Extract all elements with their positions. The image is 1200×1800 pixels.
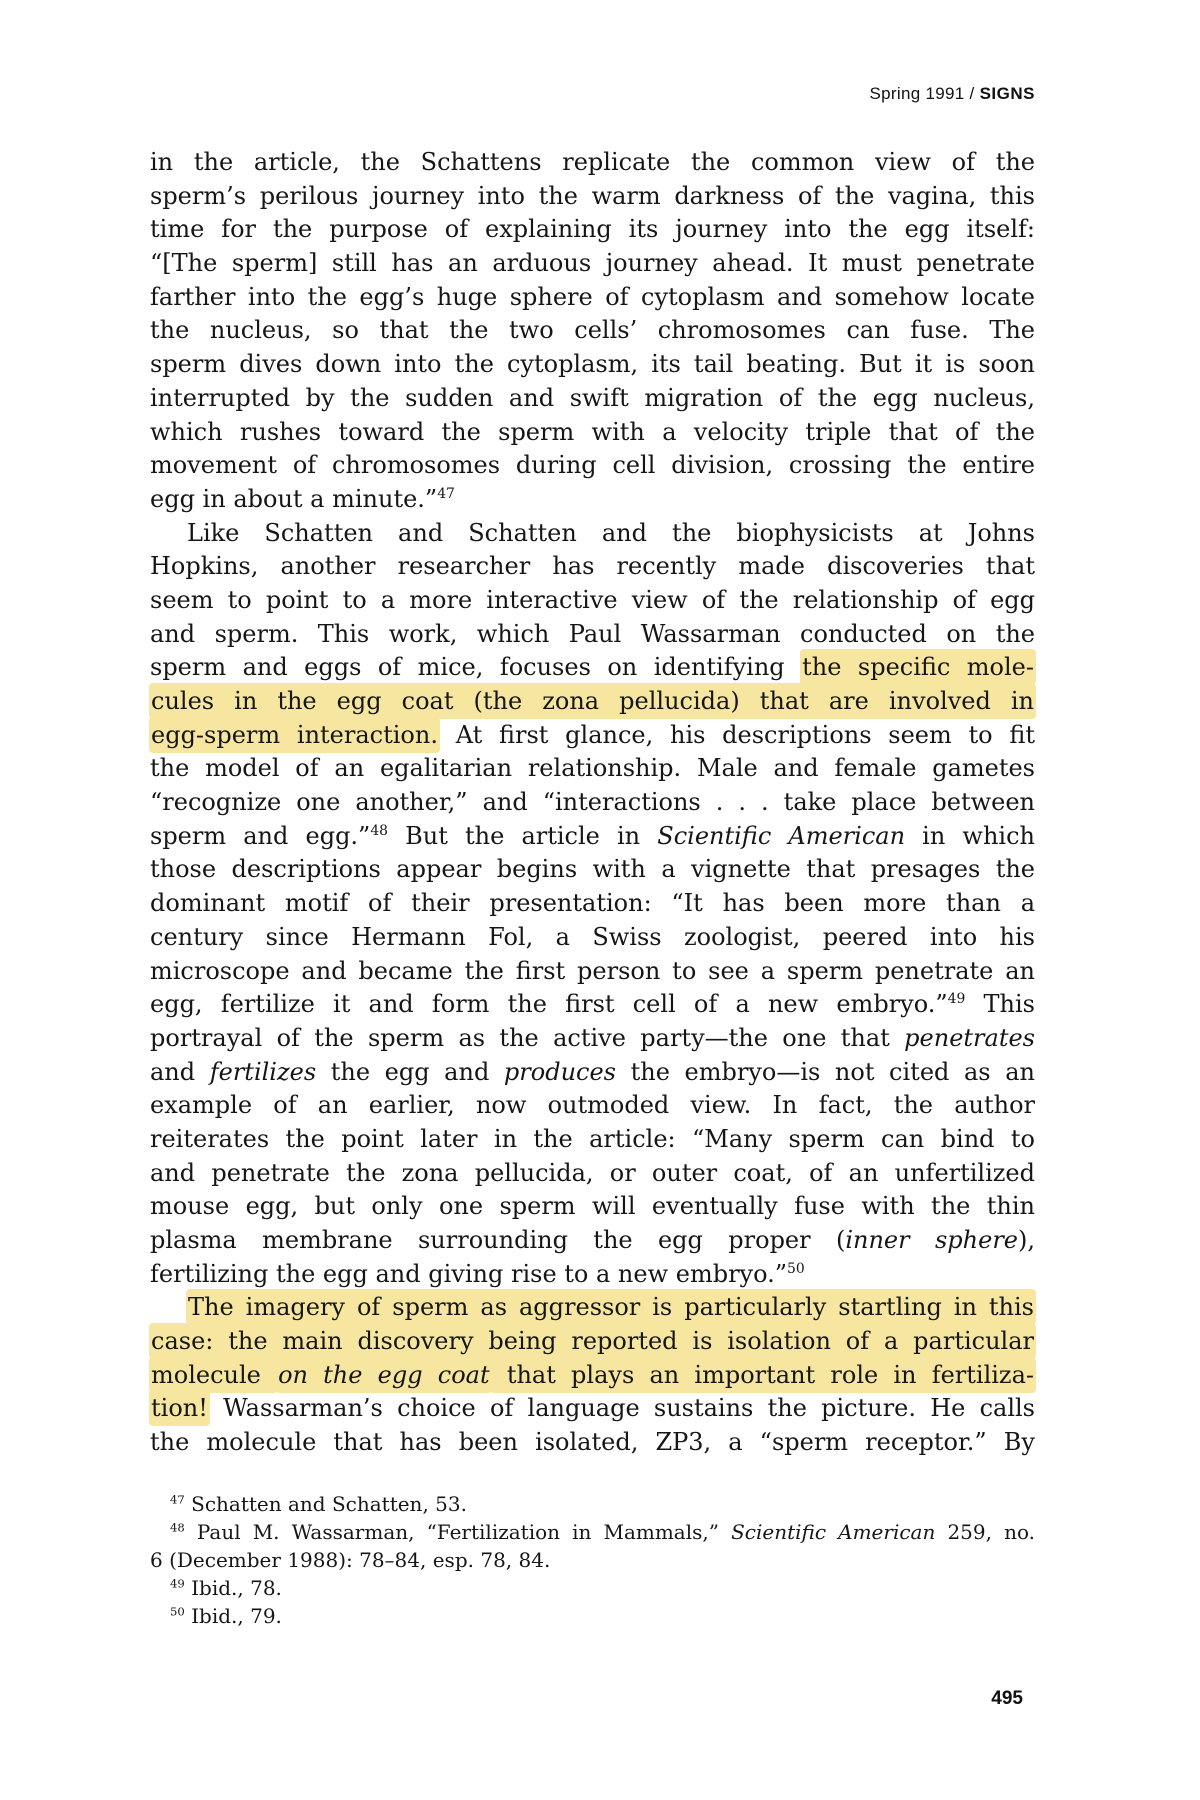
journal-page: { "header": { "issue": "Spring 1991 / ",… — [0, 0, 1200, 1800]
highlight-span: case: the main discovery being reported … — [149, 1323, 1036, 1359]
note-reference: 48 — [370, 823, 388, 839]
text-span: and — [150, 1058, 210, 1086]
text-line: microscope and became the first person t… — [150, 955, 1035, 989]
text-span: the molecule that has been isolated, ZP3… — [150, 1428, 1035, 1456]
highlight-span: that plays an important role in fertiliz… — [490, 1357, 1036, 1393]
text-line: century since Hermann Fol, a Swiss zoolo… — [150, 921, 1035, 955]
text-line: example of an earlier, now outmoded view… — [150, 1089, 1035, 1123]
text-line: case: the main discovery being reported … — [150, 1325, 1035, 1359]
highlight-span: tion! — [149, 1390, 210, 1426]
text-line: “[The sperm] still has an arduous journe… — [150, 247, 1035, 281]
text-line: egg in about a minute.”47 — [150, 483, 1035, 517]
text-span: microscope and became the first person t… — [150, 957, 1035, 985]
highlight-span: The imagery of sperm as aggressor is par… — [186, 1289, 1036, 1325]
note-reference: 50 — [787, 1261, 805, 1277]
text-line: reiterates the point later in the articl… — [150, 1123, 1035, 1157]
text-span: Ibid., 79. — [185, 1604, 282, 1628]
text-line: egg, fertilize it and form the first cel… — [150, 988, 1035, 1022]
highlight-span: molecule — [149, 1357, 278, 1393]
text-span: in which — [905, 822, 1035, 850]
footnote-line: 49 Ibid., 78. — [150, 1574, 1035, 1602]
footnote-line: 48 Paul M. Wassarman, “Fertilization in … — [150, 1518, 1035, 1546]
text-line: egg-sperm interaction. At first glance, … — [150, 719, 1035, 753]
text-span: 259, no. — [935, 1520, 1035, 1544]
text-line: The imagery of sperm as aggressor is par… — [150, 1291, 1035, 1325]
text-span: those descriptions appear begins with a … — [150, 855, 1035, 883]
text-line: cules in the egg coat (the zona pellucid… — [150, 685, 1035, 719]
text-line: sperm dives down into the cytoplasm, its… — [150, 348, 1035, 382]
text-line: the nucleus, so that the two cells’ chro… — [150, 314, 1035, 348]
text-line: the model of an egalitarian relationship… — [150, 752, 1035, 786]
text-line: Hopkins, another researcher has recently… — [150, 550, 1035, 584]
text-span: sperm dives down into the cytoplasm, its… — [150, 350, 1035, 378]
text-span: Wassarman’s choice of language sustains … — [209, 1394, 1035, 1422]
text-line: mouse egg, but only one sperm will event… — [150, 1190, 1035, 1224]
text-line: sperm and eggs of mice, focuses on ident… — [150, 651, 1035, 685]
note-reference: 48 — [170, 1520, 185, 1534]
footnote-line: 47 Schatten and Schatten, 53. — [150, 1490, 1035, 1518]
text-span: But the article in — [388, 822, 657, 850]
text-line: sperm’s perilous journey into the warm d… — [150, 180, 1035, 214]
text-line: and penetrate the zona pellucida, or out… — [150, 1157, 1035, 1191]
paragraph: The imagery of sperm as aggressor is par… — [150, 1291, 1035, 1459]
text-span: Paul M. Wassarman, “Fertilization in Mam… — [185, 1520, 731, 1544]
text-line: and sperm. This work, which Paul Wassarm… — [150, 618, 1035, 652]
text-line: Like Schatten and Schatten and the bioph… — [150, 517, 1035, 551]
italic-span: fertilizes — [210, 1058, 316, 1086]
note-reference: 49 — [948, 991, 966, 1007]
footnotes: 47 Schatten and Schatten, 53.48 Paul M. … — [150, 1490, 1035, 1630]
text-span: Hopkins, another researcher has recently… — [150, 552, 1035, 580]
text-span: portrayal of the sperm as the active par… — [150, 1024, 904, 1052]
text-span: and sperm. This work, which Paul Wassarm… — [150, 620, 1035, 648]
text-line: “recognize one another,” and “interactio… — [150, 786, 1035, 820]
text-line: dominant motif of their presentation: “I… — [150, 887, 1035, 921]
italic-span: produces — [504, 1058, 616, 1086]
text-line: portrayal of the sperm as the active par… — [150, 1022, 1035, 1056]
text-line: time for the purpose of explaining its j… — [150, 213, 1035, 247]
text-span: the embryo—is not cited as an — [616, 1058, 1035, 1086]
text-span: sperm and egg.” — [150, 822, 370, 850]
text-span: egg in about a minute.” — [150, 485, 437, 513]
text-span: reiterates the point later in the articl… — [150, 1125, 1035, 1153]
text-line: which rushes toward the sperm with a vel… — [150, 416, 1035, 450]
text-line: interrupted by the sudden and swift migr… — [150, 382, 1035, 416]
text-span: “[The sperm] still has an arduous journe… — [150, 249, 1035, 277]
text-span: mouse egg, but only one sperm will event… — [150, 1192, 1035, 1220]
text-span: the model of an egalitarian relationship… — [150, 754, 1035, 782]
text-span: interrupted by the sudden and swift migr… — [150, 384, 1035, 412]
text-line: molecule on the egg coat that plays an i… — [150, 1359, 1035, 1393]
note-reference: 47 — [437, 486, 455, 502]
paragraph: Like Schatten and Schatten and the bioph… — [150, 517, 1035, 1292]
highlight-span: cules in the egg coat (the zona pellucid… — [149, 683, 1036, 719]
text-line: and fertilizes the egg and produces the … — [150, 1056, 1035, 1090]
text-span: Ibid., 78. — [185, 1576, 282, 1600]
text-line: the molecule that has been isolated, ZP3… — [150, 1426, 1035, 1460]
note-reference: 50 — [170, 1604, 185, 1618]
note-reference: 49 — [170, 1576, 185, 1590]
text-line: fertilizing the egg and giving rise to a… — [150, 1258, 1035, 1292]
text-span: Like Schatten and Schatten and the bioph… — [187, 519, 1035, 547]
page-number: 495 — [150, 1688, 1023, 1710]
text-line: plasma membrane surrounding the egg prop… — [150, 1224, 1035, 1258]
text-span: plasma membrane surrounding the egg prop… — [150, 1226, 845, 1254]
highlight-span: egg-sperm interaction. — [149, 717, 440, 753]
text-line: tion! Wassarman’s choice of language sus… — [150, 1392, 1035, 1426]
text-span: sperm’s perilous journey into the warm d… — [150, 182, 1035, 210]
text-line: movement of chromosomes during cell divi… — [150, 449, 1035, 483]
running-head: Spring 1991 / SIGNS — [150, 84, 1035, 104]
italic-span: penetrates — [904, 1024, 1035, 1052]
text-line: in the article, the Schattens replicate … — [150, 146, 1035, 180]
issue-label: Spring 1991 / — [870, 84, 980, 103]
text-span: in the article, the Schattens replicate … — [150, 148, 1035, 176]
footnote-line: 6 (December 1988): 78–84, esp. 78, 84. — [150, 1546, 1035, 1574]
text-span: ), — [1018, 1226, 1035, 1254]
note-reference: 47 — [170, 1492, 185, 1506]
text-span: Schatten and Schatten, 53. — [185, 1492, 467, 1516]
text-span: example of an earlier, now outmoded view… — [150, 1091, 1035, 1119]
text-line: farther into the egg’s huge sphere of cy… — [150, 281, 1035, 315]
italic-span: Scientific American — [731, 1520, 935, 1544]
text-span: farther into the egg’s huge sphere of cy… — [150, 283, 1035, 311]
highlight-span-italic-span: on the egg coat — [276, 1357, 492, 1393]
italic-span: Scientific American — [657, 822, 905, 850]
text-span: century since Hermann Fol, a Swiss zoolo… — [150, 923, 1035, 951]
journal-name: SIGNS — [980, 84, 1035, 103]
text-span: movement of chromosomes during cell divi… — [150, 451, 1035, 479]
text-line: seem to point to a more interactive view… — [150, 584, 1035, 618]
body-text: in the article, the Schattens replicate … — [150, 146, 1035, 1460]
text-span: sperm and eggs of mice, focuses on ident… — [150, 653, 801, 681]
text-span: and penetrate the zona pellucida, or out… — [150, 1159, 1035, 1187]
footnote-line: 50 Ibid., 79. — [150, 1602, 1035, 1630]
text-span: time for the purpose of explaining its j… — [150, 215, 1035, 243]
text-span: seem to point to a more interactive view… — [150, 586, 1035, 614]
paragraph: in the article, the Schattens replicate … — [150, 146, 1035, 517]
italic-span: inner sphere — [845, 1226, 1018, 1254]
text-span: the nucleus, so that the two cells’ chro… — [150, 316, 1035, 344]
text-span: “recognize one another,” and “interactio… — [150, 788, 1035, 816]
text-span: which rushes toward the sperm with a vel… — [150, 418, 1035, 446]
text-span: dominant motif of their presentation: “I… — [150, 889, 1035, 917]
text-span: fertilizing the egg and giving rise to a… — [150, 1260, 787, 1288]
text-span: the egg and — [316, 1058, 504, 1086]
highlight-span: the specific mole- — [800, 649, 1036, 685]
text-span: This — [965, 990, 1035, 1018]
text-line: sperm and egg.”48 But the article in Sci… — [150, 820, 1035, 854]
text-line: those descriptions appear begins with a … — [150, 853, 1035, 887]
text-span: 6 (December 1988): 78–84, esp. 78, 84. — [150, 1548, 550, 1572]
text-span: At first glance, his descriptions seem t… — [439, 721, 1035, 749]
text-span: egg, fertilize it and form the first cel… — [150, 990, 948, 1018]
